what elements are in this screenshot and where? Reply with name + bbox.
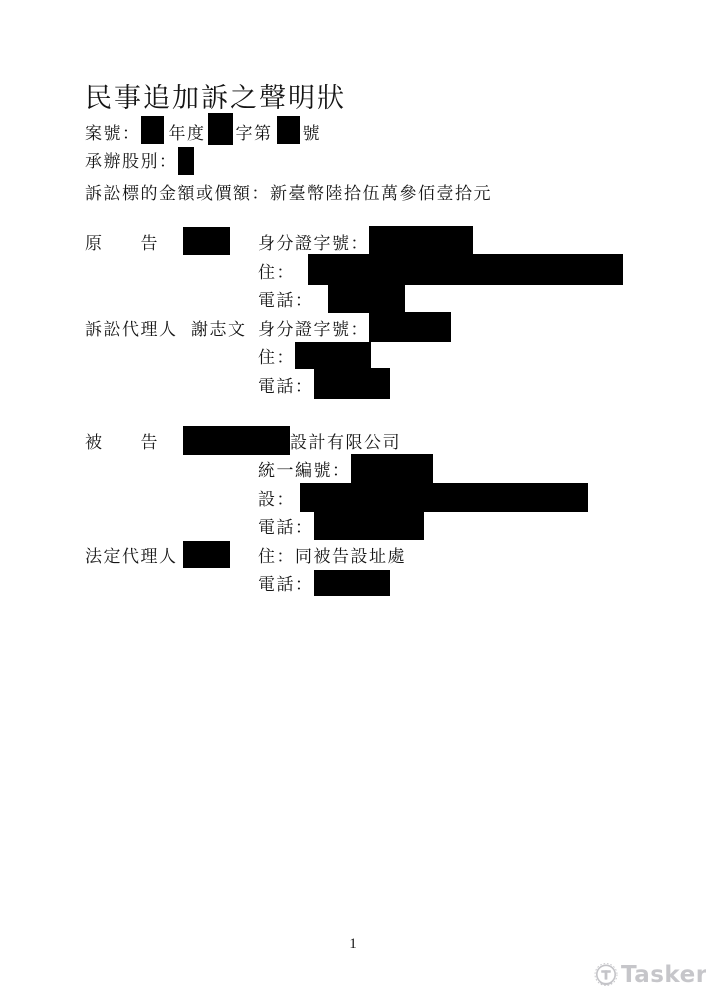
redaction-block [183,541,230,568]
claim-amount-line: 訴訟標的金額或價額：新臺幣陸拾伍萬參佰壹拾元 [85,177,492,206]
plaintiff-address-label: 住： [258,258,295,283]
legal-rep-address-line: 住：同被告設址處 [258,542,406,567]
case-no-suffix: 號 [303,119,322,144]
defendant-row: 被 告 設計有限公司 [85,426,401,455]
case-number-line: 案號： 年度 字第 號 [85,117,321,146]
plaintiff-id-label: 身分證字號： [258,229,369,254]
attorney-id-label: 身分證字號： [258,315,369,340]
plaintiff-row: 原 告 身分證字號： [85,227,473,256]
redaction-block [208,113,233,145]
defendant-phone-row: 電話： [85,511,424,540]
page-number: 1 [0,936,706,953]
case-number-label: 案號： [85,119,141,144]
claim-amount-text: 訴訟標的金額或價額：新臺幣陸拾伍萬參佰壹拾元 [85,179,492,204]
legal-rep-row: 法定代理人 住：同被告設址處 [85,540,406,569]
redaction-block [369,312,451,342]
tasker-logo-icon [593,962,619,988]
defendant-phone-label: 電話： [258,513,314,538]
redaction-block [183,227,230,255]
plaintiff-phone-row: 電話： [85,284,405,313]
tasker-brand-text: Tasker [621,962,706,988]
legal-rep-phone-row: 電話： [85,568,390,597]
defendant-uid-row: 統一編號： [85,454,433,483]
division-line: 承辦股別： [85,145,194,174]
redaction-block [300,483,588,512]
defendant-company-suffix: 設計有限公司 [290,428,401,453]
attorney-address-label: 住： [258,343,295,368]
defendant-address-label: 設： [258,485,295,510]
redaction-block [183,426,290,455]
redaction-block [351,454,433,483]
plaintiff-address-row: 住： [85,256,623,285]
attorney-role-label: 訴訟代理人 [85,315,183,340]
redaction-block [328,285,405,313]
redaction-block [277,116,300,144]
redaction-block [314,570,390,596]
attorney-phone-label: 電話： [258,372,314,397]
plaintiff-phone-label: 電話： [258,286,314,311]
redaction-block [314,368,390,399]
defendant-uid-label: 統一編號： [258,456,351,481]
redaction-block [178,147,194,175]
plaintiff-role-label: 原 告 [85,229,183,254]
attorney-phone-row: 電話： [85,370,390,399]
division-label: 承辦股別： [85,147,178,172]
attorney-row: 訴訟代理人 謝志文 身分證字號： [85,313,451,342]
defendant-role-label: 被 告 [85,428,183,453]
document-page: 民事追加訴之聲明狀 案號： 年度 字第 號 承辦股別： 訴訟標的金額或價額：新臺… [0,0,706,1000]
case-year-suffix: 年度 [169,119,206,144]
redaction-block [314,511,424,540]
legal-rep-phone-label: 電話： [258,570,314,595]
page-title: 民事追加訴之聲明狀 [85,76,346,115]
case-word-label: 字第 [236,119,273,144]
tasker-watermark: Tasker [593,962,706,988]
redaction-block [295,342,371,369]
defendant-address-row: 設： [85,483,588,512]
redaction-block [308,254,623,285]
attorney-name: 謝志文 [191,315,247,340]
redaction-block [369,226,473,255]
legal-rep-role-label: 法定代理人 [85,542,183,567]
attorney-address-row: 住： [85,341,371,370]
redaction-block [141,116,164,144]
